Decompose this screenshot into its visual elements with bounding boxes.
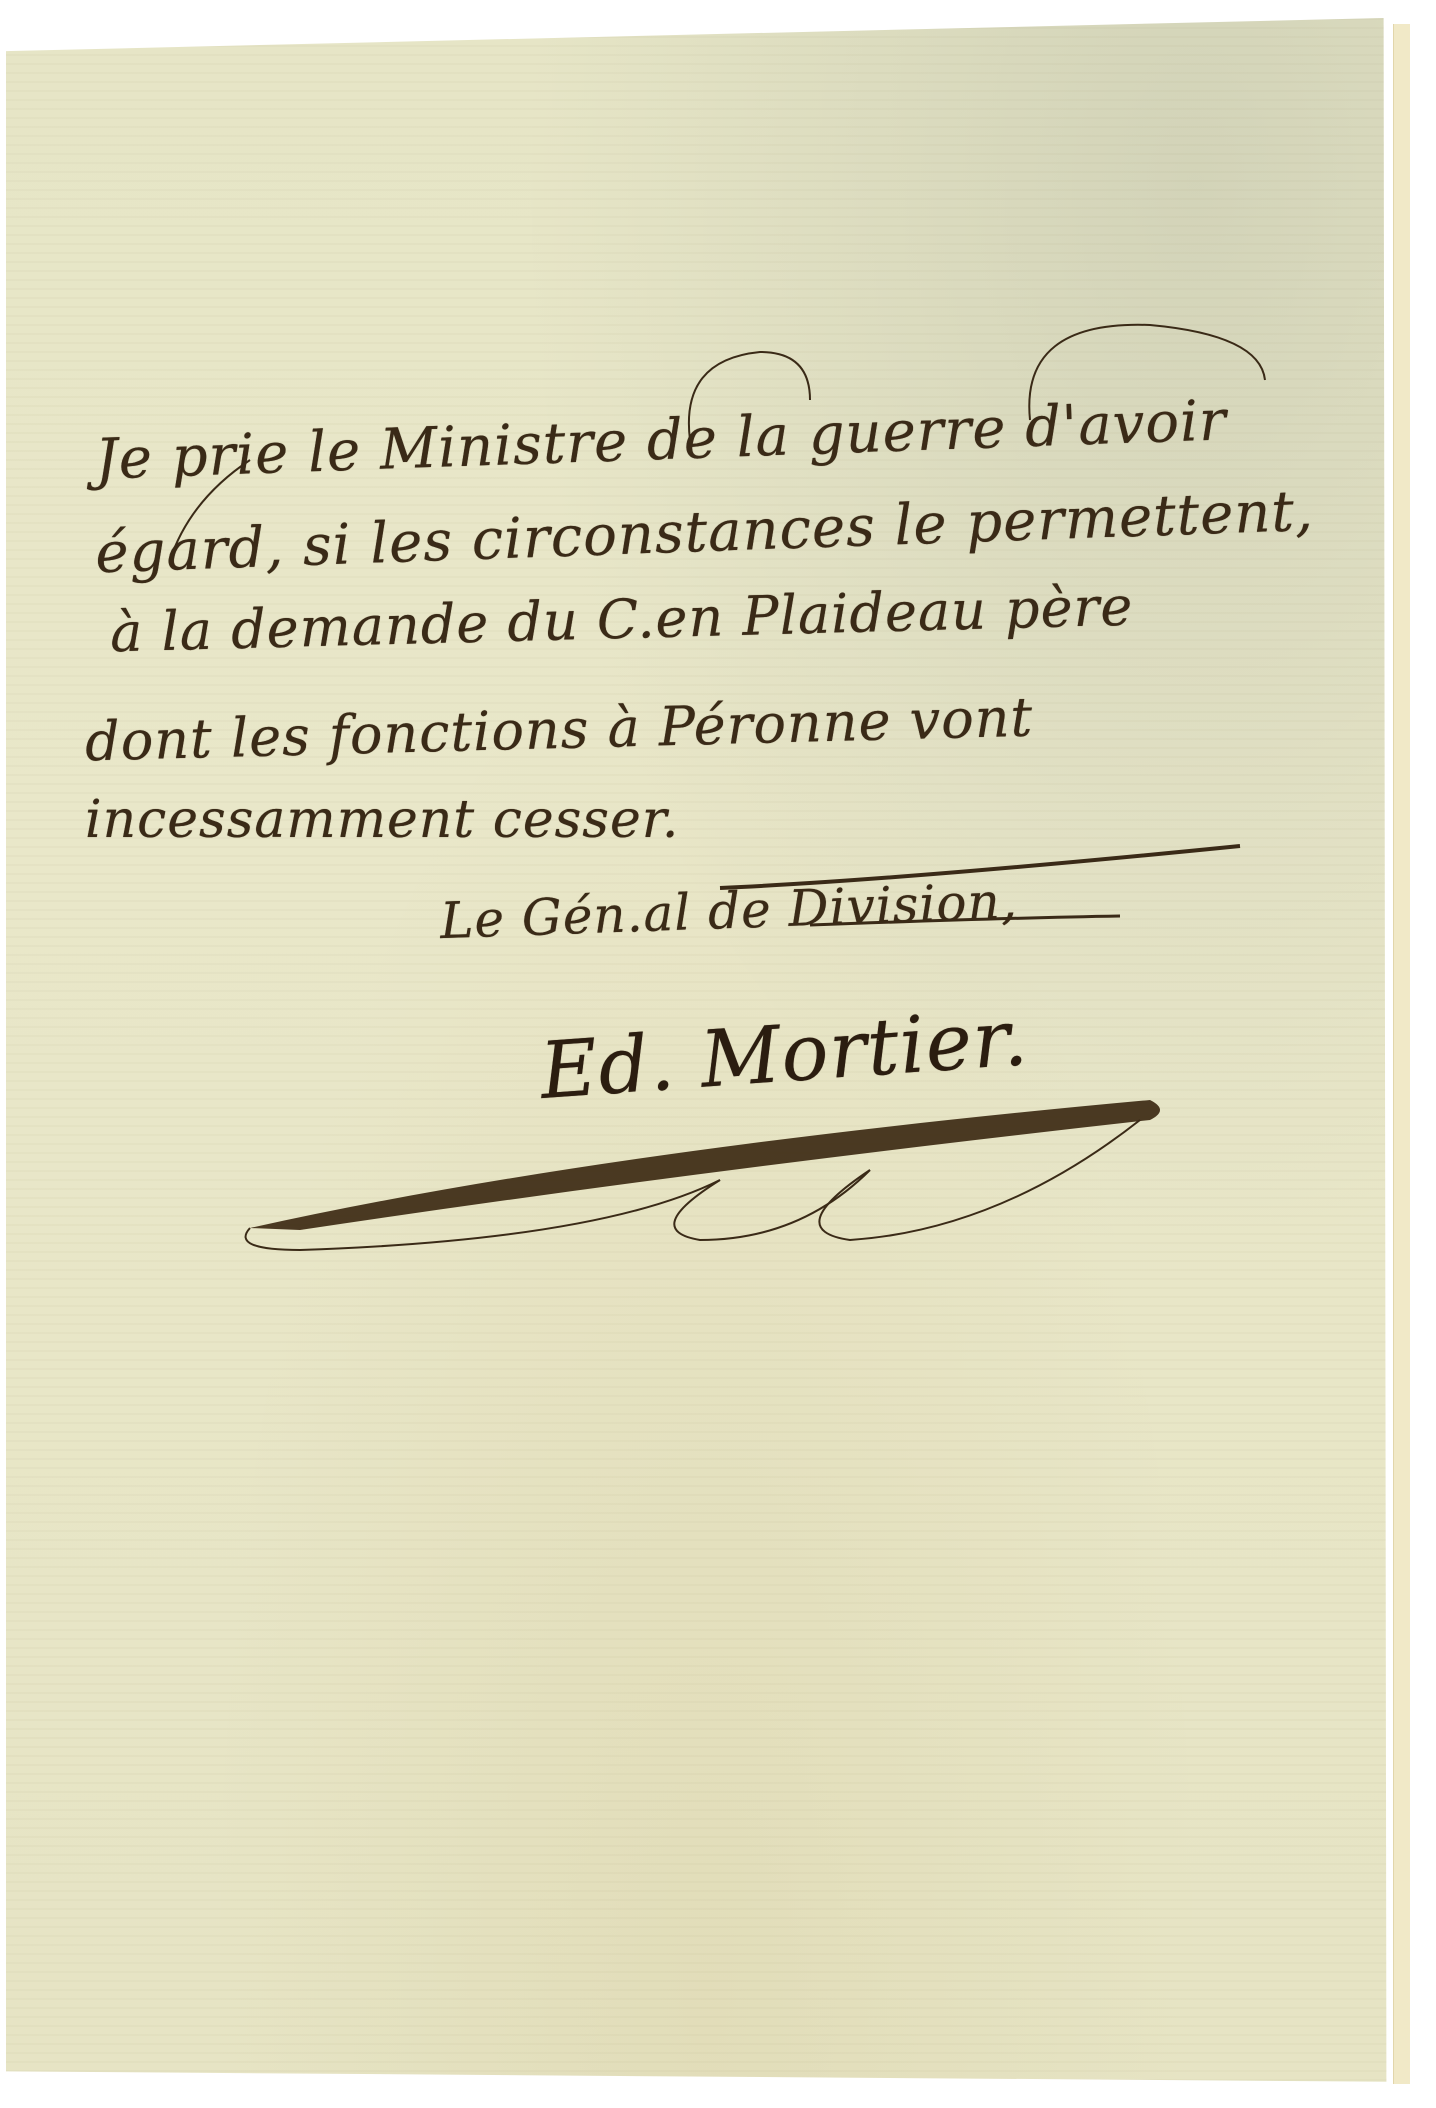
letter-line-5: incessamment cesser. <box>85 790 679 850</box>
paper-edge-fold <box>1393 24 1410 2084</box>
